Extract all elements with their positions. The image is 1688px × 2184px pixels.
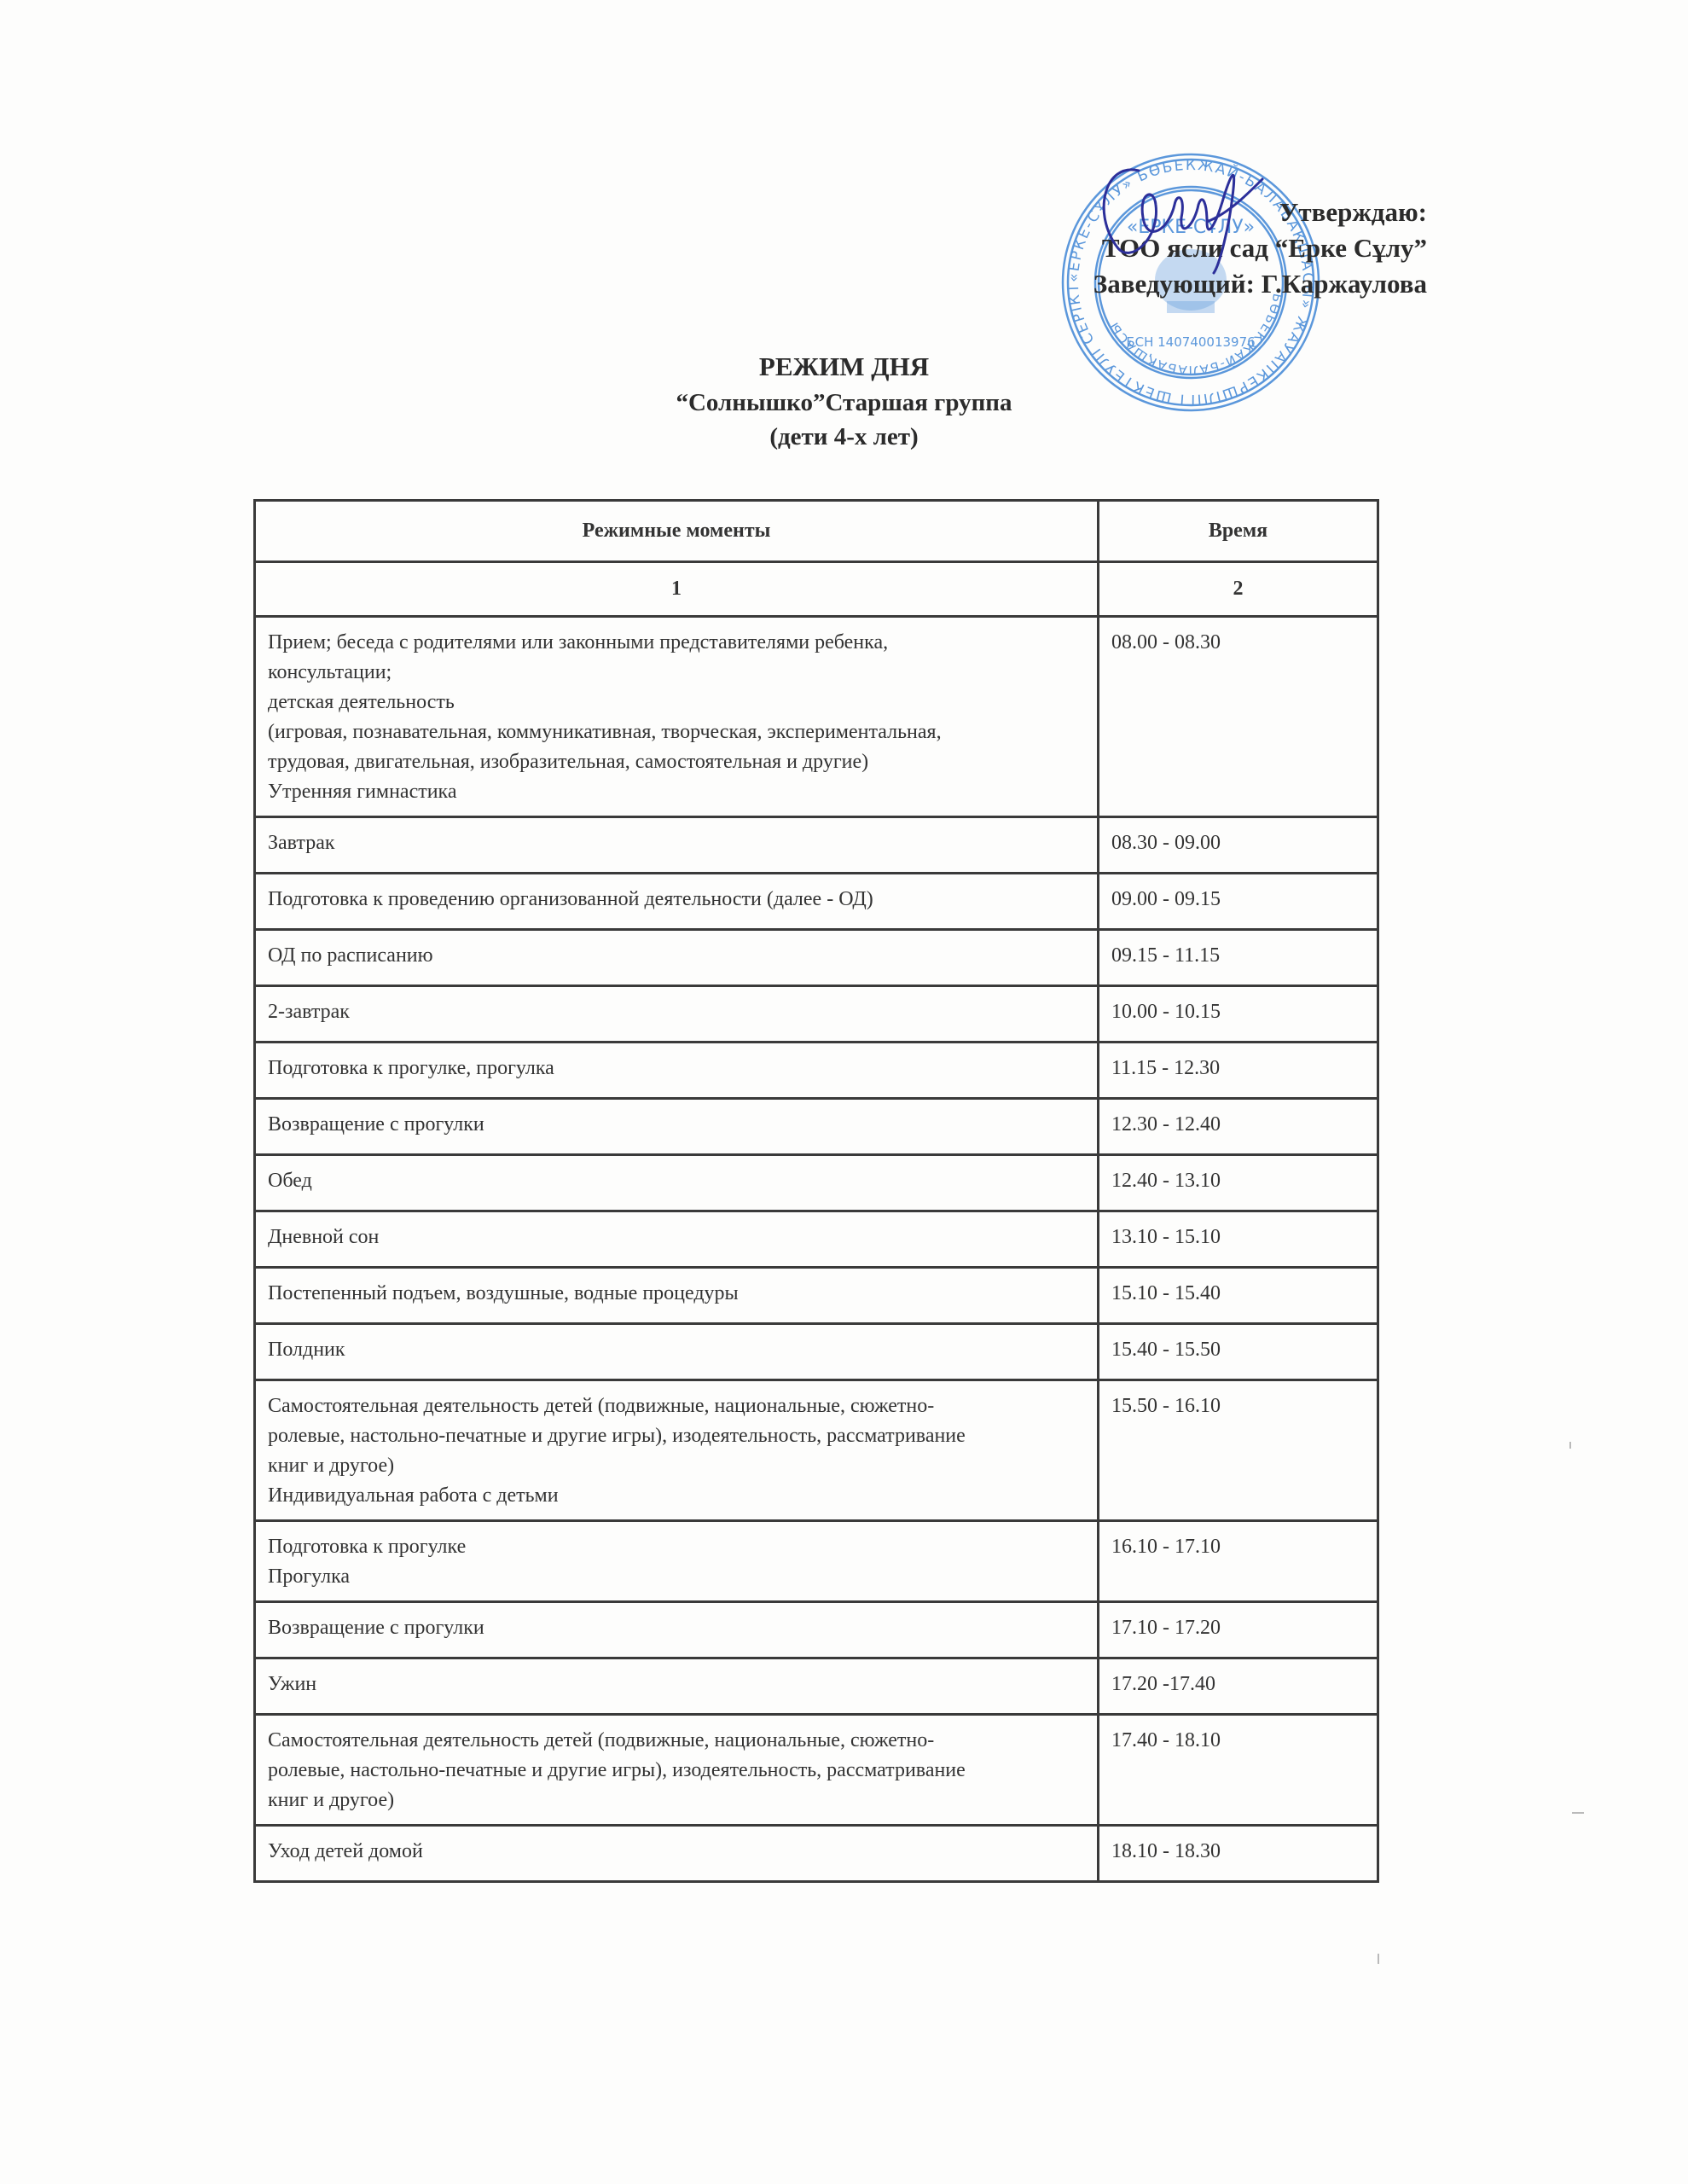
table-row: Возвращение с прогулки12.30 - 12.40 [255, 1099, 1378, 1155]
activity-cell: Завтрак [255, 817, 1099, 874]
time-cell: 15.10 - 15.40 [1099, 1268, 1378, 1324]
activity-line: (игровая, познавательная, коммуникативна… [268, 717, 1087, 747]
activity-line: ролевые, настольно-печатные и другие игр… [268, 1421, 1087, 1451]
activity-line: Завтрак [268, 828, 1087, 858]
time-cell: 09.00 - 09.15 [1099, 874, 1378, 930]
activity-line: Полдник [268, 1335, 1087, 1365]
table-header-row: Режимные моменты Время [255, 501, 1378, 562]
time-cell: 16.10 - 17.10 [1099, 1521, 1378, 1602]
scan-speck [1378, 1954, 1379, 1964]
header-activity: Режимные моменты [255, 501, 1099, 562]
time-cell: 10.00 - 10.15 [1099, 986, 1378, 1043]
table-row: Подготовка к прогулкеПрогулка16.10 - 17.… [255, 1521, 1378, 1602]
time-cell: 08.00 - 08.30 [1099, 617, 1378, 817]
activity-line: Подготовка к прогулке, прогулка [268, 1054, 1087, 1083]
time-cell: 17.40 - 18.10 [1099, 1715, 1378, 1826]
column-number-2: 2 [1099, 562, 1378, 617]
activity-line: Уход детей домой [268, 1837, 1087, 1867]
activity-line: Ужин [268, 1670, 1087, 1699]
activity-cell: Подготовка к проведению организованной д… [255, 874, 1099, 930]
table-row: Ужин17.20 -17.40 [255, 1658, 1378, 1715]
activity-cell: Подготовка к прогулкеПрогулка [255, 1521, 1099, 1602]
activity-cell: Дневной сон [255, 1211, 1099, 1268]
activity-line: Самостоятельная деятельность детей (подв… [268, 1391, 1087, 1421]
time-cell: 15.40 - 15.50 [1099, 1324, 1378, 1380]
time-cell: 12.30 - 12.40 [1099, 1099, 1378, 1155]
table-row: ОД по расписанию09.15 - 11.15 [255, 930, 1378, 986]
activity-line: Утренняя гимнастика [268, 777, 1087, 807]
schedule-table: Режимные моменты Время 1 2 Прием; беседа… [253, 499, 1379, 1883]
activity-line: трудовая, двигательная, изобразительная,… [268, 747, 1087, 777]
table-row: Уход детей домой18.10 - 18.30 [255, 1826, 1378, 1882]
activity-cell: Обед [255, 1155, 1099, 1211]
table-row: Самостоятельная деятельность детей (подв… [255, 1380, 1378, 1521]
table-row: Прием; беседа с родителями или законными… [255, 617, 1378, 817]
column-number-1: 1 [255, 562, 1099, 617]
title-age: (дети 4-х лет) [0, 420, 1688, 454]
activity-line: Возвращение с прогулки [268, 1110, 1087, 1140]
table-row: Постепенный подъем, воздушные, водные пр… [255, 1268, 1378, 1324]
activity-line: Подготовка к проведению организованной д… [268, 885, 1087, 915]
svg-text:БСН 140740013976: БСН 140740013976 [1126, 334, 1255, 350]
header-time: Время [1099, 501, 1378, 562]
time-cell: 18.10 - 18.30 [1099, 1826, 1378, 1882]
table-row: Завтрак08.30 - 09.00 [255, 817, 1378, 874]
activity-cell: ОД по расписанию [255, 930, 1099, 986]
time-cell: 11.15 - 12.30 [1099, 1043, 1378, 1099]
activity-line: Прием; беседа с родителями или законными… [268, 628, 1087, 658]
activity-line: детская деятельность [268, 688, 1087, 717]
activity-cell: Прием; беседа с родителями или законными… [255, 617, 1099, 817]
activity-cell: Ужин [255, 1658, 1099, 1715]
schedule-body: Прием; беседа с родителями или законными… [255, 617, 1378, 1882]
time-cell: 17.20 -17.40 [1099, 1658, 1378, 1715]
activity-line: консультации; [268, 658, 1087, 688]
table-row: Дневной сон13.10 - 15.10 [255, 1211, 1378, 1268]
activity-line: Прогулка [268, 1562, 1087, 1592]
activity-line: Подготовка к прогулке [268, 1532, 1087, 1562]
table-row: Полдник15.40 - 15.50 [255, 1324, 1378, 1380]
table-row: Возвращение с прогулки17.10 - 17.20 [255, 1602, 1378, 1658]
table-row: Подготовка к прогулке, прогулка11.15 - 1… [255, 1043, 1378, 1099]
time-cell: 13.10 - 15.10 [1099, 1211, 1378, 1268]
activity-line: Самостоятельная деятельность детей (подв… [268, 1726, 1087, 1756]
activity-line: ролевые, настольно-печатные и другие игр… [268, 1756, 1087, 1786]
scan-speck [1572, 1812, 1584, 1814]
activity-cell: Самостоятельная деятельность детей (подв… [255, 1715, 1099, 1826]
table-row: Подготовка к проведению организованной д… [255, 874, 1378, 930]
activity-line: Индивидуальная работа с детьми [268, 1481, 1087, 1511]
title-main: РЕЖИМ ДНЯ [0, 348, 1688, 386]
activity-line: Возвращение с прогулки [268, 1613, 1087, 1643]
time-cell: 15.50 - 16.10 [1099, 1380, 1378, 1521]
activity-line: 2-завтрак [268, 997, 1087, 1027]
activity-cell: Постепенный подъем, воздушные, водные пр… [255, 1268, 1099, 1324]
activity-cell: 2-завтрак [255, 986, 1099, 1043]
table-row: 2-завтрак10.00 - 10.15 [255, 986, 1378, 1043]
signature-icon [1079, 145, 1275, 282]
time-cell: 08.30 - 09.00 [1099, 817, 1378, 874]
activity-cell: Возвращение с прогулки [255, 1602, 1099, 1658]
document-title: РЕЖИМ ДНЯ “Солнышко”Старшая группа (дети… [0, 348, 1688, 454]
activity-cell: Подготовка к прогулке, прогулка [255, 1043, 1099, 1099]
activity-line: Постепенный подъем, воздушные, водные пр… [268, 1279, 1087, 1309]
scan-speck [1569, 1442, 1571, 1449]
activity-line: книг и другое) [268, 1451, 1087, 1481]
activity-cell: Возвращение с прогулки [255, 1099, 1099, 1155]
title-group: “Солнышко”Старшая группа [0, 386, 1688, 420]
activity-cell: Самостоятельная деятельность детей (подв… [255, 1380, 1099, 1521]
time-cell: 09.15 - 11.15 [1099, 930, 1378, 986]
activity-line: ОД по расписанию [268, 941, 1087, 971]
activity-line: книг и другое) [268, 1786, 1087, 1815]
time-cell: 12.40 - 13.10 [1099, 1155, 1378, 1211]
activity-line: Обед [268, 1166, 1087, 1196]
activity-cell: Уход детей домой [255, 1826, 1099, 1882]
activity-cell: Полдник [255, 1324, 1099, 1380]
time-cell: 17.10 - 17.20 [1099, 1602, 1378, 1658]
table-row: Самостоятельная деятельность детей (подв… [255, 1715, 1378, 1826]
table-row: Обед12.40 - 13.10 [255, 1155, 1378, 1211]
activity-line: Дневной сон [268, 1223, 1087, 1252]
column-number-row: 1 2 [255, 562, 1378, 617]
